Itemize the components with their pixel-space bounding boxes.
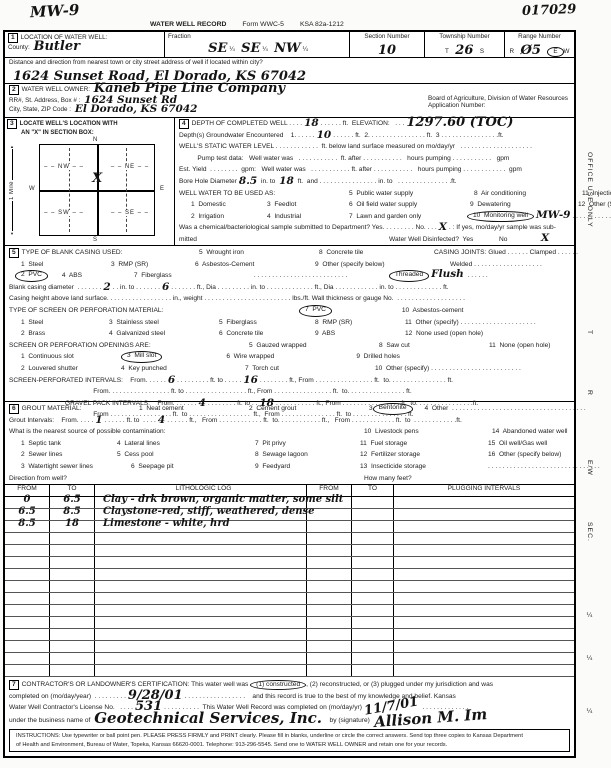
quarter-glyph: ¼ [262,46,267,53]
col-plugging-intervals: PLUGGING INTERVALS [394,485,574,496]
plugging-cell [394,593,574,604]
screen-from-value: 6 [166,377,177,383]
grout-header: GROUT MATERIAL: [22,405,82,412]
contamination-8: 8 Sewage lagoon [255,449,360,461]
contamination-15: 15 Oil well/Gas well [488,438,547,450]
township-s: S [480,48,484,55]
groundwater-1-value: 10 [315,132,334,138]
section1-number: 1 [8,33,18,43]
opening-option-8: 8 Saw cut [379,340,489,352]
screen-option-4: 4 Galvanized steel [109,328,219,340]
table-row [5,569,574,581]
casing-option-6: 6 Asbestos-Cement [195,259,315,271]
sample-question: Was a chemical/bacteriological sample su… [179,224,437,231]
plugging-cell [394,569,574,580]
instructions-box: INSTRUCTIONS: Use typewriter or ball poi… [9,729,570,751]
contamination-other-dots: . . . . . . . . . . . . . . . . . . . . … [488,461,600,473]
completed-date-value: 9/28/01 [126,693,185,699]
table-row [5,629,574,641]
contamination-4: 4 Lateral lines [117,438,255,450]
table-row: 6.58.5Claystone-red, stiff, weathered, d… [5,509,574,521]
contamination-9: 9 Feedyard [255,461,360,473]
opening-option-6: 6 Wire wrapped [226,351,356,363]
plugging-cell [394,665,574,676]
use-header: WELL WATER TO BE USED AS: [179,188,349,200]
serial-number: 017029 [520,7,578,15]
casing-other-dots: . . . . . . . . . . . . . . . . . . . . … [254,270,389,282]
casing-to-label: . . in. to . . . . . . . [113,284,160,291]
lithology-cell [5,617,50,628]
lithology-cell [5,545,50,556]
lithology-cell [5,605,50,616]
plugging-cell [352,605,394,616]
plugging-cell [307,641,352,652]
plugging-cell [352,569,394,580]
mitted-label: mitted [179,234,389,246]
casing-option-2-circled: 2 PVC [15,270,48,282]
contamination-3: 3 Watertight sewer lines [21,461,131,473]
table-row [5,557,574,569]
plugging-cell [352,545,394,556]
lithology-cell [50,605,95,616]
form-ksa: KSA 82a-1212 [300,21,344,28]
business-name-value: Geotechnical Services, Inc. [92,715,324,721]
table-row [5,641,574,653]
section-number-cell: Section Number 10 [350,32,425,57]
use-10-dots: . . . . . . . . . . . . . . . . . . [573,211,611,223]
well-id-annotation: MW-9 [28,7,82,16]
fraction-3-value: NW [272,46,302,52]
form-title: WATER WELL RECORD [150,21,226,28]
use-option-8: 8 Air conditioning [474,188,582,200]
margin-quarter-3: ¼ [586,708,593,716]
arrow-down-icon: ▼ [10,231,14,236]
casing-height-line: Casing height above land surface. . . . … [5,293,574,305]
lithologic-log-table: FROM TO LITHOLOGIC LOG FROM TO PLUGGING … [5,484,574,677]
casing-joints-glued: CASING JOINTS: Glued . . . . . . Clamped… [434,247,578,259]
plugging-cell [352,533,394,544]
plugging-cell [352,629,394,640]
sample-no-x-mark: X [437,224,449,230]
application-number-label: Application Number: [428,102,568,109]
plugging-cell [394,557,574,568]
static-water-level-line: WELL'S STATIC WATER LEVEL . . . . . . . … [175,141,611,153]
instructions-line-1: INSTRUCTIONS: Use typewriter or ball poi… [16,732,563,740]
lithology-cell [50,593,95,604]
section2-number: 2 [9,85,19,95]
owner-city-label: City, State, ZIP Code : [9,106,71,113]
plugging-cell [352,593,394,604]
certification-tail: , (2) reconstructed, or (3) plugged unde… [306,681,493,688]
bore-tail-label: ft. and . . . . . . . . . . . . . . . . … [296,178,457,185]
water-well-record-form: 1LOCATION OF WATER WELL: County: Butler … [3,30,576,758]
screen-intervals-line2: From. . . . . . . . . . . . . . . . . ft… [5,386,574,398]
opening-option-11: 11 None (open hole) [489,340,550,352]
cell-value: 6.5 [61,497,82,503]
casing-option-9: 9 Other (specify below) [315,259,450,271]
use-option-2: 2 Irrigation [191,211,267,223]
range-east-circled: E [547,47,563,57]
contamination-10: 10 Livestock pens [364,426,492,438]
constructed-circled: (1) constructed [250,680,306,690]
contamination-6: 6 Seepage pit [131,461,255,473]
opening-option-3-circled: 3 Mill slot [121,351,162,363]
opening-option-5: 5 Gauzed wrapped [249,340,379,352]
quadrant-nw: – – NW – – [44,164,84,170]
lithology-cell [95,593,307,604]
contamination-13: 13 Insecticide storage [360,461,488,473]
well-x-mark: X [90,176,104,182]
lithology-cell [50,641,95,652]
contamination-12: 12 Fertilizer storage [360,449,488,461]
lithology-cell [5,653,50,664]
owner-label: WATER WELL OWNER: [22,86,90,93]
lithology-cell [95,545,307,556]
threaded-dots: . . . . . . [466,270,488,282]
cell-value: Limestone - white, hrd [101,521,232,527]
gravel-from-value: 4 [197,400,208,406]
lithology-cell [95,665,307,676]
section3-number: 3 [7,119,17,129]
plugging-cell [394,641,574,652]
screen-intervals-header: SCREEN-PERFORATED INTERVALS: [9,377,123,384]
use-option-7: 7 Lawn and garden only [349,211,467,223]
opening-option-1: 1 Continuous slot [21,351,121,363]
section-number-value: 10 [376,48,398,54]
cell-value: Clay - drk brown, organic matter, some s… [101,497,345,503]
gravel-to-value: 18 [257,400,276,406]
casing-option-4: 4 ABS [62,270,134,282]
contamination-7: 7 Pit privy [255,438,360,450]
plugging-cell [352,641,394,652]
owner-row: 2WATER WELL OWNER: Kaneb Pipe Line Compa… [5,84,574,118]
contamination-14: 14 Abandoned water well [492,426,568,438]
lithology-cell: Limestone - white, hrd [95,521,307,532]
depth-value: 18 [302,120,321,126]
table-row [5,545,574,557]
lithology-cell [5,569,50,580]
table-row [5,581,574,593]
certification-header: CONTRACTOR'S OR LANDOWNER'S CERTIFICATIO… [22,681,249,688]
plugging-cell [394,581,574,592]
lithology-cell [5,557,50,568]
plugging-cell [352,497,394,508]
table-row [5,653,574,665]
margin-r-label: R [586,390,593,396]
screen-option-12: 12 None used (open hole) [405,328,483,340]
lithology-cell [95,641,307,652]
casing-depth-value: 6 [160,284,171,290]
locate-label-2: AN "X" IN SECTION BOX: [5,130,174,136]
business-name-label: under the business name of [9,717,90,724]
plugging-cell [394,533,574,544]
screen-from-label: From. . . . . . [130,377,166,384]
location-cell: 1LOCATION OF WATER WELL: County: Butler [5,32,165,57]
screen-option-2: 2 Brass [21,328,109,340]
lithology-cell [50,569,95,580]
table-row [5,617,574,629]
plugging-cell [307,569,352,580]
casing-option-8: 8 Concrete tile [319,247,434,259]
lithology-table-body: 06.5Clay - drk brown, organic matter, so… [5,497,574,677]
cell-value: 6.5 [16,509,37,515]
cell-value: 8.5 [61,509,82,515]
locate-and-depth-row: 3LOCATE WELL'S LOCATION WITH AN "X" IN S… [5,118,574,246]
plugging-cell [307,521,352,532]
bore-depth-value: 18 [277,178,296,184]
opening-option-2: 2 Louvered shutter [21,363,121,375]
lithology-cell [5,533,50,544]
one-mile-scale: ▲ 1 Mile ▼ [9,144,15,236]
plugging-cell [307,593,352,604]
cell-value: 18 [63,521,81,527]
depth-label: DEPTH OF COMPLETED WELL . . . . [192,120,302,127]
casing-option-7: 7 Fiberglass [134,270,254,282]
plugging-cell [307,581,352,592]
elevation-value: 1297.60 (TOC) [404,120,515,126]
use-option-1: 1 Domestic [191,199,267,211]
groundwater-tail: . . . . . . ft. 2. . . . . . . . . . . .… [333,132,503,139]
screen-option-8: 8 RMP (SR) [315,317,405,329]
plugging-cell [307,653,352,664]
township-cell: Township Number T 26 S [425,32,505,57]
plugging-cell [307,617,352,628]
fraction-1-value: SE [206,46,229,52]
grout-bentonite-circled: Bentonite [373,403,413,415]
screen-option-9: 9 ABS [315,328,405,340]
casing-joint-threaded-circled: Threaded [389,270,429,282]
one-mile-label: 1 Mile [9,180,15,201]
distance-row: Distance and direction from nearest town… [5,58,574,84]
range-label: Range Number [508,33,571,40]
screen-option-7-circled: 7 PVC [299,305,332,317]
screen-option-11: 11 Other (specify) . . . . . . . . . . .… [405,317,536,329]
use-option-10-circled: 10 Monitoring well [467,211,534,223]
casing-option-3: 3 RMP (SR) [111,259,195,271]
plugging-cell [394,605,574,616]
owner-address-label: RR#, St. Address, Box # : [9,97,80,104]
lithology-cell [95,581,307,592]
county-label: County: [8,44,30,51]
cell-value: 8.5 [16,521,37,527]
monitoring-well-id: MW-9 [534,212,573,224]
plugging-cell [394,617,574,628]
lithology-cell [50,533,95,544]
lithology-cell [5,665,50,676]
completed-on-label: completed on (mo/day/year) . . . . . . .… [9,693,126,700]
plugging-cell [394,545,574,556]
plugging-cell [352,581,394,592]
opening-option-7: 7 Torch cut [245,363,375,375]
direction-from-well-label: Direction from well? [9,473,364,485]
plugging-cell [307,533,352,544]
lithology-cell [95,557,307,568]
section7-number: 7 [9,680,19,690]
lithology-cell [95,653,307,664]
lithology-cell [5,581,50,592]
table-row [5,593,574,605]
lithology-cell [5,641,50,652]
disinfected-question: Water Well Disinfected? Yes [389,234,499,246]
plugging-cell [394,509,574,520]
distance-label: Distance and direction from nearest town… [9,59,570,66]
screen-option-10: 10 Asbestos-cement [402,305,464,317]
section-map: – – NW – – – – NE – – – – SW – – – – SE … [39,144,155,236]
grout-option-4: 4 Other . . . . . . . . . . . . . . . . … [425,403,586,415]
screen-to-label: . . . . . . . . . ft. to . . . . . [177,377,241,384]
pump-test-line: Pump test data: Well water was . . . . .… [175,153,611,165]
lithology-cell: 8.5 [5,521,50,532]
margin-t-label: T [586,330,593,335]
plugging-cell [394,653,574,664]
lithology-cell [50,581,95,592]
casing-diameter-value: 2 [101,284,112,290]
plugging-cell [307,629,352,640]
casing-section: 5TYPE OF BLANK CASING USED:5 Wrought iro… [5,246,574,402]
table-row: 8.518Limestone - white, hrd [5,521,574,533]
plugging-cell [352,521,394,532]
distance-value: 1624 Sunset Road, El Dorado, KS 67042 [11,74,308,80]
lithology-cell [5,593,50,604]
casing-header: TYPE OF BLANK CASING USED: [22,249,123,256]
use-option-4: 4 Industrial [267,211,349,223]
contamination-16: 16 Other (specify below) [488,449,561,461]
form-title-bar: WATER WELL RECORD Form WWC-5 KSA 82a-121… [150,21,470,28]
table-row [5,605,574,617]
board-of-agriculture-label: Board of Agriculture, Division of Water … [428,95,568,102]
certification-section: 7CONTRACTOR'S OR LANDOWNER'S CERTIFICATI… [5,677,574,752]
grout-to-value: 4 [156,417,167,423]
lithology-cell [50,629,95,640]
bore-hole-label: Bore Hole Diameter [179,178,237,185]
use-option-11: 11 Injection well [582,188,611,200]
plugging-cell [352,653,394,664]
lithology-cell [95,617,307,628]
lithology-cell [50,617,95,628]
opening-option-9: 9 Drilled holes [356,351,400,363]
plugging-cell [394,629,574,640]
margin-quarter-1: ¼ [586,612,593,620]
plugging-cell [307,605,352,616]
plugging-cell [307,557,352,568]
cell-value: 0 [22,497,33,503]
lithology-cell [50,545,95,556]
blank-casing-diameter-label: Blank casing diameter . . . . . . . [9,284,101,291]
section5-number: 5 [9,248,19,258]
sample-tail: . : If yes, mo/day/yr sample was sub- [449,224,556,231]
casing-joint-flush-value: Flush [429,271,466,283]
signature-value: Allison M. Im [372,711,489,725]
plugging-cell [352,509,394,520]
range-value: Ø5 [519,48,543,54]
fraction-cell: Fraction SE¼ SE¼ NW¼ [165,32,350,57]
table-row [5,665,574,677]
owner-city-value: El Dorado, KS 67042 [73,106,200,112]
contamination-5: 5 Cess pool [117,449,255,461]
bore-mid-label: in. to [259,178,277,185]
lithology-cell [95,629,307,640]
west-label: W [29,186,35,192]
section6-number: 6 [9,404,19,414]
quarter-glyph: ¼ [303,46,308,53]
screen-to-value: 16 [241,377,260,383]
owner-value: Kaneb Pipe Line Company [92,86,287,92]
county-value: Butler [31,44,82,50]
contamination-1: 1 Septic tank [21,438,117,450]
lithology-cell [95,569,307,580]
depth-section: 4DEPTH OF COMPLETED WELL . . . .18. . . … [175,118,611,245]
grout-section: 6GROUT MATERIAL:1 Neat cement2 Cement gr… [5,402,574,484]
margin-sec-label: SEC. [586,522,593,542]
lithology-cell [95,605,307,616]
screen-option-1: 1 Steel [21,317,109,329]
lithology-cell [5,629,50,640]
lithology-cell [95,533,307,544]
plugging-cell [352,557,394,568]
plugging-cell [352,665,394,676]
section4-number: 4 [179,119,189,129]
opening-option-10: 10 Other (specify) . . . . . . . . . . .… [375,363,521,375]
elevation-label: . . . . . . ft. ELEVATION: . . . [321,120,405,127]
bore-diameter-value: 8.5 [237,178,259,184]
quadrant-se: – – SE – – [110,210,150,216]
casing-option-5: 5 Wrought iron [199,247,319,259]
opening-option-4: 4 Key punched [121,363,245,375]
lithology-cell [50,557,95,568]
grout-to-label: . . . . . . ft. to . . . . [105,417,156,424]
plugging-cell [352,617,394,628]
township-t: T [445,48,449,55]
section-number-label: Section Number [353,33,421,40]
fraction-2-value: SE [239,46,262,52]
east-label: E [160,186,164,192]
groundwater-label: Depth(s) Groundwater Encountered 1. . . … [179,132,315,139]
margin-quarter-2: ¼ [586,655,593,663]
screen-option-5: 5 Fiberglass [219,317,315,329]
disinfected-no-x-mark: X [539,235,551,247]
use-option-6: 6 Oil field water supply [349,199,470,211]
use-option-12: 12 Other (Specify below) [578,199,611,211]
casing-dia-tail: . . . . . . . ft., Dia . . . . . . . . .… [171,284,448,291]
screen-material-header: TYPE OF SCREEN OR PERFORATION MATERIAL: [9,305,299,317]
quadrant-ne: – – NE – – [110,164,150,170]
form-number: Form WWC-5 [242,21,284,28]
how-many-feet-label: How many feet? [364,473,412,485]
col-to-2: TO [352,485,394,496]
location-row: 1LOCATION OF WATER WELL: County: Butler … [5,32,574,58]
range-cell: Range Number R Ø5 EW [505,32,574,57]
locate-label-1: LOCATE WELL'S LOCATION WITH [20,121,118,127]
plugging-cell [394,497,574,508]
plugging-cell [307,545,352,556]
lithology-cell: 18 [50,521,95,532]
plugging-cell [307,665,352,676]
grout-from-value: 1 [93,417,104,423]
contamination-2: 2 Sewer lines [21,449,117,461]
quarter-glyph: ¼ [229,46,234,53]
contamination-11: 11 Fuel storage [360,438,488,450]
signature-label: by (signature) [330,717,370,724]
grout-option-1: 1 Neat cement [139,403,249,415]
use-option-5: 5 Public water supply [349,188,474,200]
grout-intervals-label: Grout Intervals: From. . . . . [9,417,93,424]
township-value: 26 [453,48,475,54]
openings-header: SCREEN OR PERFORATION OPENINGS ARE: [9,340,249,352]
casing-option-1: 1 Steel [21,259,111,271]
disinfected-no-label: No [499,234,539,246]
grout-tail: . . . . . . ft., From . . . . . . . . . … [167,417,462,424]
instructions-line-2: of Health and Environment, Bureau of Wat… [16,741,563,749]
